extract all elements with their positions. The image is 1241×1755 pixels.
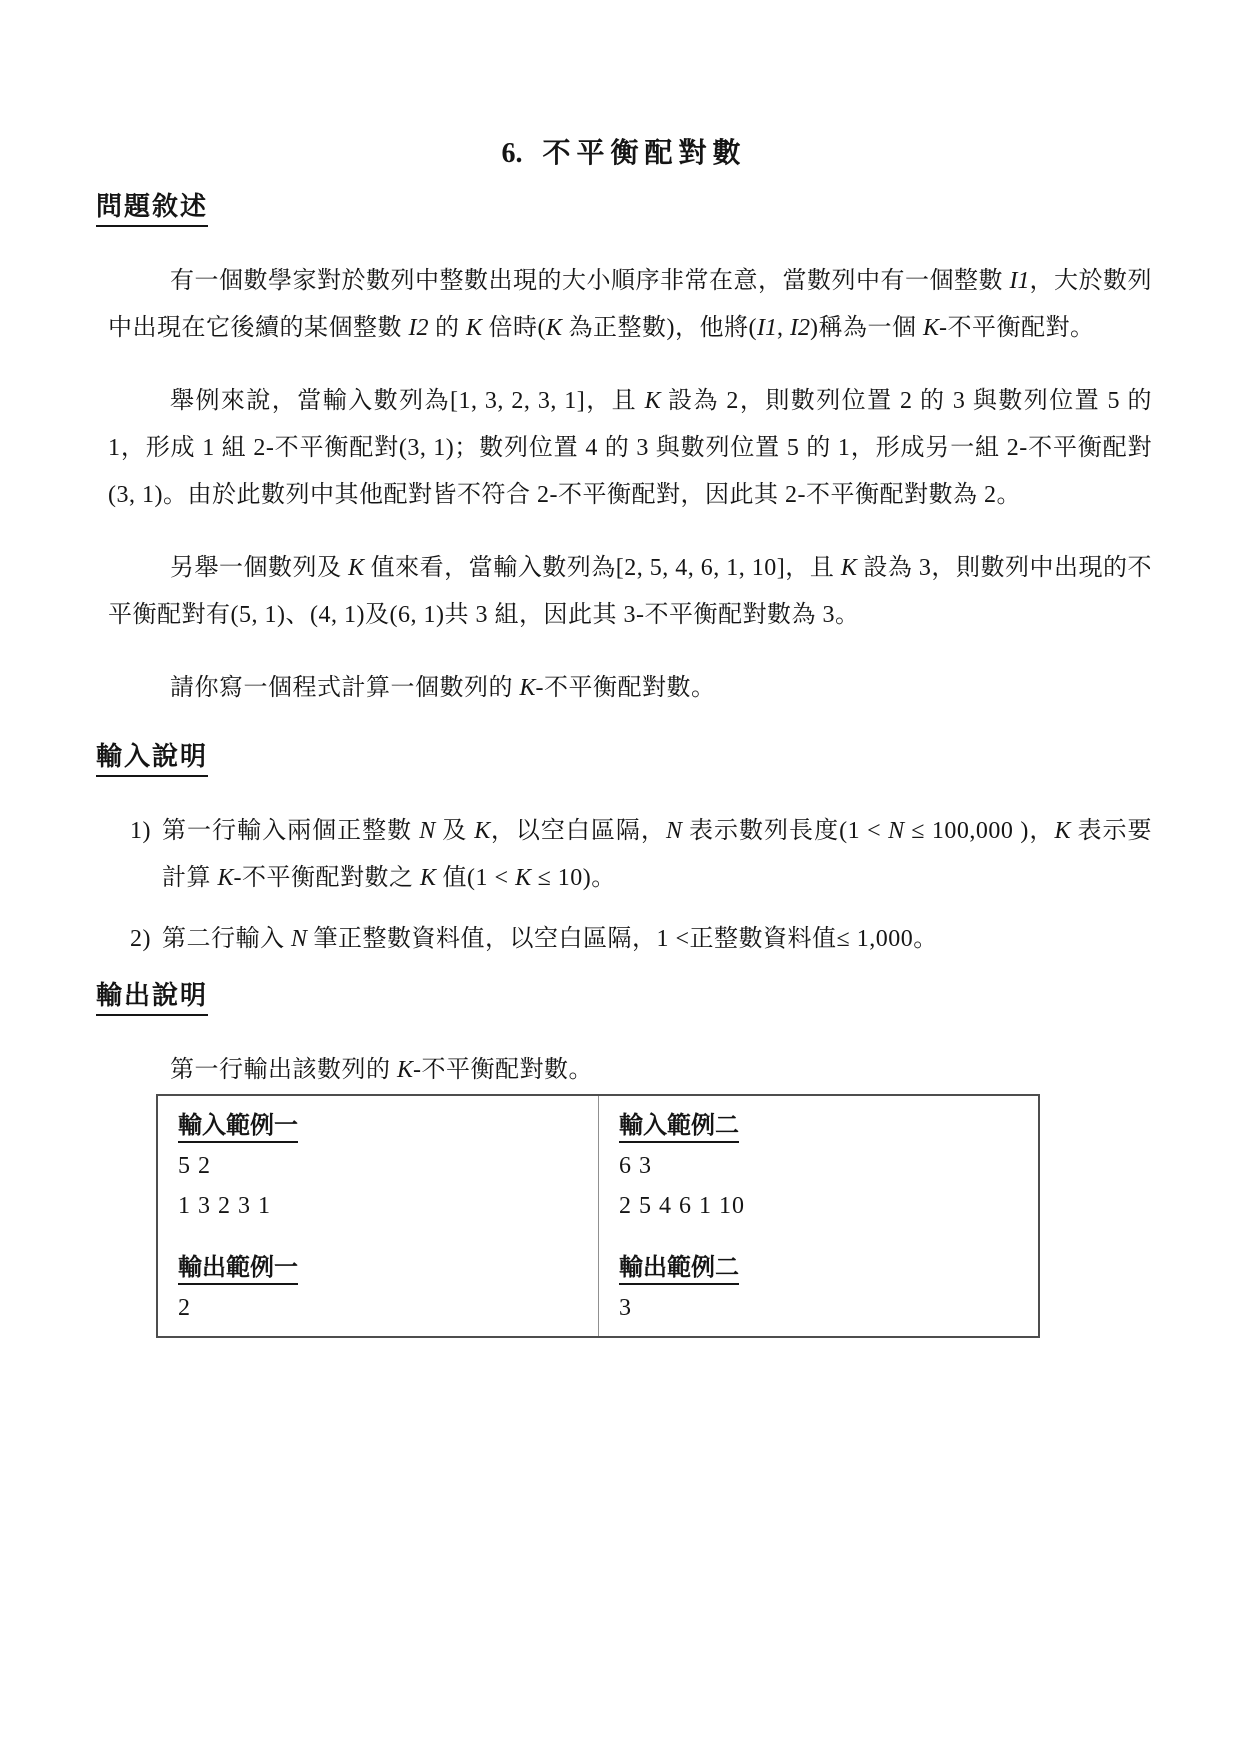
example-1-output-value: 2 <box>178 1288 578 1328</box>
text-run: ≤ 10)。 <box>531 865 616 891</box>
math-variable: K <box>546 315 562 341</box>
text-run: 的 <box>429 315 467 341</box>
text-run: 第二行輸入 <box>162 926 291 952</box>
blank-line <box>619 1226 1018 1248</box>
section-heading-problem: 問題敘述 <box>96 188 1152 226</box>
text-run: 值來看，當輸入數列為[2, 5, 4, 6, 1, 10]，且 <box>364 555 841 581</box>
example-1-output-label-text: 輸出範例一 <box>178 1255 298 1285</box>
text-run: ≤ 100,000 )， <box>904 818 1054 844</box>
section-heading-input-label: 輸入說明 <box>96 742 208 777</box>
math-variable: I1 <box>757 315 777 341</box>
example-1-input-line: 1 3 2 3 1 <box>178 1186 578 1226</box>
math-variable: K <box>520 675 536 701</box>
text-run: 表示數列長度(1 < <box>682 818 888 844</box>
math-variable: K <box>218 865 234 891</box>
paragraph-example-2: 另舉一個數列及 K 值來看，當輸入數列為[2, 5, 4, 6, 1, 10]，… <box>108 545 1152 639</box>
text-run: -不平衡配對。 <box>939 315 1095 341</box>
example-1-input-label-text: 輸入範例一 <box>178 1113 298 1143</box>
text-run: 有一個數學家對於數列中整數出現的大小順序非常在意，當數列中有一個整數 <box>170 268 1010 294</box>
math-variable: I2 <box>790 315 810 341</box>
section-heading-input: 輸入說明 <box>96 738 1152 776</box>
math-variable: K <box>420 865 436 891</box>
input-spec-item-2-text: 第二行輸入 N 筆正整數資料值，以空白區隔，1 <正整數資料值≤ 1,000。 <box>162 926 938 952</box>
section-heading-output: 輸出說明 <box>96 977 1152 1015</box>
title-number: 6. <box>501 138 522 169</box>
example-1-input-label: 輸入範例一 <box>178 1106 578 1146</box>
input-spec-item-1-text: 第一行輸入兩個正整數 N 及 K，以空白區隔，N 表示數列長度(1 < N ≤ … <box>162 818 1152 891</box>
example-cell-2: 輸入範例二 6 3 2 5 4 6 1 10 輸出範例二 3 <box>598 1096 1038 1336</box>
example-cell-1: 輸入範例一 5 2 1 3 2 3 1 輸出範例一 2 <box>158 1096 598 1336</box>
text-run: )稱為一個 <box>810 315 923 341</box>
text-run: 為正整數)，他將( <box>562 315 757 341</box>
example-2-output-label-text: 輸出範例二 <box>619 1255 739 1285</box>
math-variable: K <box>466 315 482 341</box>
section-heading-output-label: 輸出說明 <box>96 981 208 1016</box>
example-2-input-label: 輸入範例二 <box>619 1106 1018 1146</box>
math-variable: N <box>666 818 682 844</box>
text-run: 值(1 < <box>436 865 515 891</box>
example-2-input-line: 6 3 <box>619 1146 1018 1186</box>
math-variable: K <box>1054 818 1070 844</box>
example-2-output-label: 輸出範例二 <box>619 1248 1018 1288</box>
input-spec-item-2-number: 2) <box>130 916 151 963</box>
math-variable: K <box>841 555 857 581</box>
math-variable: K <box>923 315 939 341</box>
text-run: -不平衡配對數。 <box>536 675 716 701</box>
example-2-input-label-text: 輸入範例二 <box>619 1113 739 1143</box>
paragraph-definition: 有一個數學家對於數列中整數出現的大小順序非常在意，當數列中有一個整數 I1，大於… <box>108 258 1152 352</box>
paragraph-output-spec: 第一行輸出該數列的 K-不平衡配對數。 <box>108 1047 1152 1094</box>
input-spec-item-1: 1) 第一行輸入兩個正整數 N 及 K，以空白區隔，N 表示數列長度(1 < N… <box>108 808 1152 902</box>
example-2-output-value: 3 <box>619 1288 1018 1328</box>
text-run: 第一行輸入兩個正整數 <box>162 818 419 844</box>
example-2-input-line: 2 5 4 6 1 10 <box>619 1186 1018 1226</box>
section-heading-problem-label: 問題敘述 <box>96 192 208 227</box>
math-variable: K <box>348 555 364 581</box>
page-title: 6.不平衡配對數 <box>96 134 1152 174</box>
math-variable: I1 <box>1010 268 1030 294</box>
text-run: 倍時( <box>482 315 546 341</box>
paragraph-example-1: 舉例來說，當輸入數列為[1, 3, 2, 3, 1]，且 K 設為 2，則數列位… <box>108 378 1152 519</box>
example-1-output-label: 輸出範例一 <box>178 1248 578 1288</box>
math-variable: K <box>645 388 661 414</box>
input-spec-item-2: 2) 第二行輸入 N 筆正整數資料值，以空白區隔，1 <正整數資料值≤ 1,00… <box>108 916 1152 963</box>
text-run: ，以空白區隔， <box>490 818 666 844</box>
math-variable: K <box>474 818 490 844</box>
text-run: 請你寫一個程式計算一個數列的 <box>170 675 520 701</box>
math-variable: N <box>419 818 435 844</box>
input-spec-item-1-number: 1) <box>130 808 151 855</box>
text-run: 及 <box>435 818 474 844</box>
document-page: 6.不平衡配對數 問題敘述 有一個數學家對於數列中整數出現的大小順序非常在意，當… <box>0 0 1241 1338</box>
math-variable: I2 <box>409 315 429 341</box>
math-variable: N <box>888 818 904 844</box>
text-run: -不平衡配對數之 <box>234 865 421 891</box>
examples-table: 輸入範例一 5 2 1 3 2 3 1 輸出範例一 2 輸入範例二 6 3 2 … <box>156 1094 1040 1338</box>
text-run: , <box>777 315 790 341</box>
title-text: 不平衡配對數 <box>542 138 746 169</box>
math-variable: K <box>397 1057 413 1083</box>
input-spec-list: 1) 第一行輸入兩個正整數 N 及 K，以空白區隔，N 表示數列長度(1 < N… <box>108 808 1152 963</box>
text-run: 另舉一個數列及 <box>170 555 348 581</box>
math-variable: K <box>515 865 531 891</box>
text-run: -不平衡配對數。 <box>413 1057 593 1083</box>
text-run: 第一行輸出該數列的 <box>170 1057 397 1083</box>
math-variable: N <box>291 926 307 952</box>
example-1-input-line: 5 2 <box>178 1146 578 1186</box>
text-run: 筆正整數資料值，以空白區隔，1 <正整數資料值≤ 1,000。 <box>307 926 938 952</box>
blank-line <box>178 1226 578 1248</box>
text-run: 舉例來說，當輸入數列為[1, 3, 2, 3, 1]，且 <box>170 388 645 414</box>
paragraph-task: 請你寫一個程式計算一個數列的 K-不平衡配對數。 <box>108 665 1152 712</box>
